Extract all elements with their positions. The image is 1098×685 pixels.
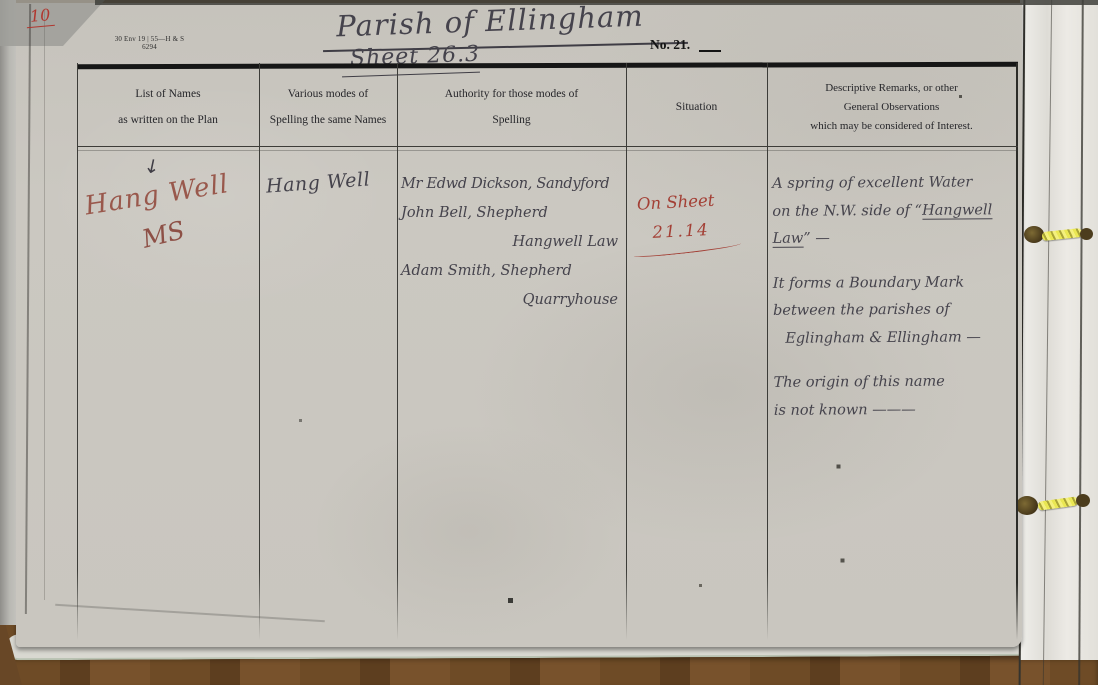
remarks-line: between the parishes of	[773, 296, 1015, 325]
authority-line: Adam Smith, Shepherd	[401, 257, 623, 286]
authority-line: John Bell, Shepherd	[401, 199, 623, 228]
header-separator	[77, 150, 1018, 151]
header-line: as written on the Plan	[118, 107, 218, 133]
header-line: Descriptive Remarks, or other	[825, 79, 958, 98]
header-line: List of Names	[135, 81, 200, 107]
printer-reference-line2: 6294	[102, 43, 197, 51]
page-number: 10	[25, 5, 55, 28]
punch-hole	[1016, 496, 1038, 515]
remarks-line: The origin of this name	[774, 368, 1016, 397]
column-header-spelling-modes: Various modes of Spelling the same Names	[259, 68, 397, 146]
remarks-text: ” —	[803, 230, 830, 246]
remarks-entry: A spring of excellent Water on the N.W. …	[772, 169, 1016, 425]
authority-line: Quarryhouse	[401, 286, 623, 315]
remarks-line: on the N.W. side of “Hangwell	[772, 197, 1014, 226]
scanned-namebook-page: 10 30 Env 19 | 55—H & S 6294 Parish of E…	[0, 0, 1098, 685]
left-page-edge	[0, 0, 16, 625]
remarks-line: A spring of excellent Water	[772, 169, 1014, 198]
header-line: Situation	[676, 94, 718, 120]
underlined-place-name: Law	[773, 231, 804, 248]
header-line: Spelling the same Names	[270, 107, 387, 133]
page-stack-edge	[1020, 0, 1098, 660]
remarks-line: It forms a Boundary Mark	[773, 269, 1015, 298]
header-line: Authority for those modes of	[445, 81, 579, 107]
column-header-situation: Situation	[626, 68, 767, 146]
number-underline	[699, 50, 721, 52]
cord-knot	[1076, 494, 1090, 507]
header-line: which may be considered of Interest.	[810, 117, 973, 136]
page-crease	[44, 10, 45, 600]
header-line: Various modes of	[288, 81, 369, 107]
printer-reference-line1: 30 Env 19 | 55—H & S	[102, 35, 197, 43]
underlined-place-name: Hangwell	[922, 202, 992, 219]
authority-line: Hangwell Law	[401, 228, 623, 257]
cord-knot	[1080, 228, 1093, 240]
header-line: General Observations	[844, 98, 940, 117]
paper-specks	[0, 0, 1, 1]
remarks-line: Eglingham & Ellingham —	[773, 324, 1015, 353]
header-line: Spelling	[492, 107, 530, 133]
header-separator	[77, 146, 1018, 147]
remarks-line: is not known ———	[774, 396, 1016, 425]
printer-reference: 30 Env 19 | 55—H & S 6294	[102, 35, 197, 51]
number-label: No. 21.	[650, 37, 690, 53]
remarks-text: on the N.W. side of “	[772, 202, 922, 219]
column-header-names: List of Names as written on the Plan	[77, 68, 259, 146]
situation-sheet-ref: 21.14	[652, 218, 741, 242]
authority-entry: Mr Edwd Dickson, Sandyford John Bell, Sh…	[401, 170, 623, 315]
authority-line: Mr Edwd Dickson, Sandyford	[401, 170, 623, 199]
remarks-line: Law” —	[773, 224, 1015, 253]
situation-entry: On Sheet 21.14	[636, 189, 741, 255]
situation-line: On Sheet	[636, 189, 739, 213]
column-header-remarks: Descriptive Remarks, or other General Ob…	[767, 68, 1016, 146]
column-header-authority: Authority for those modes of Spelling	[397, 68, 626, 146]
